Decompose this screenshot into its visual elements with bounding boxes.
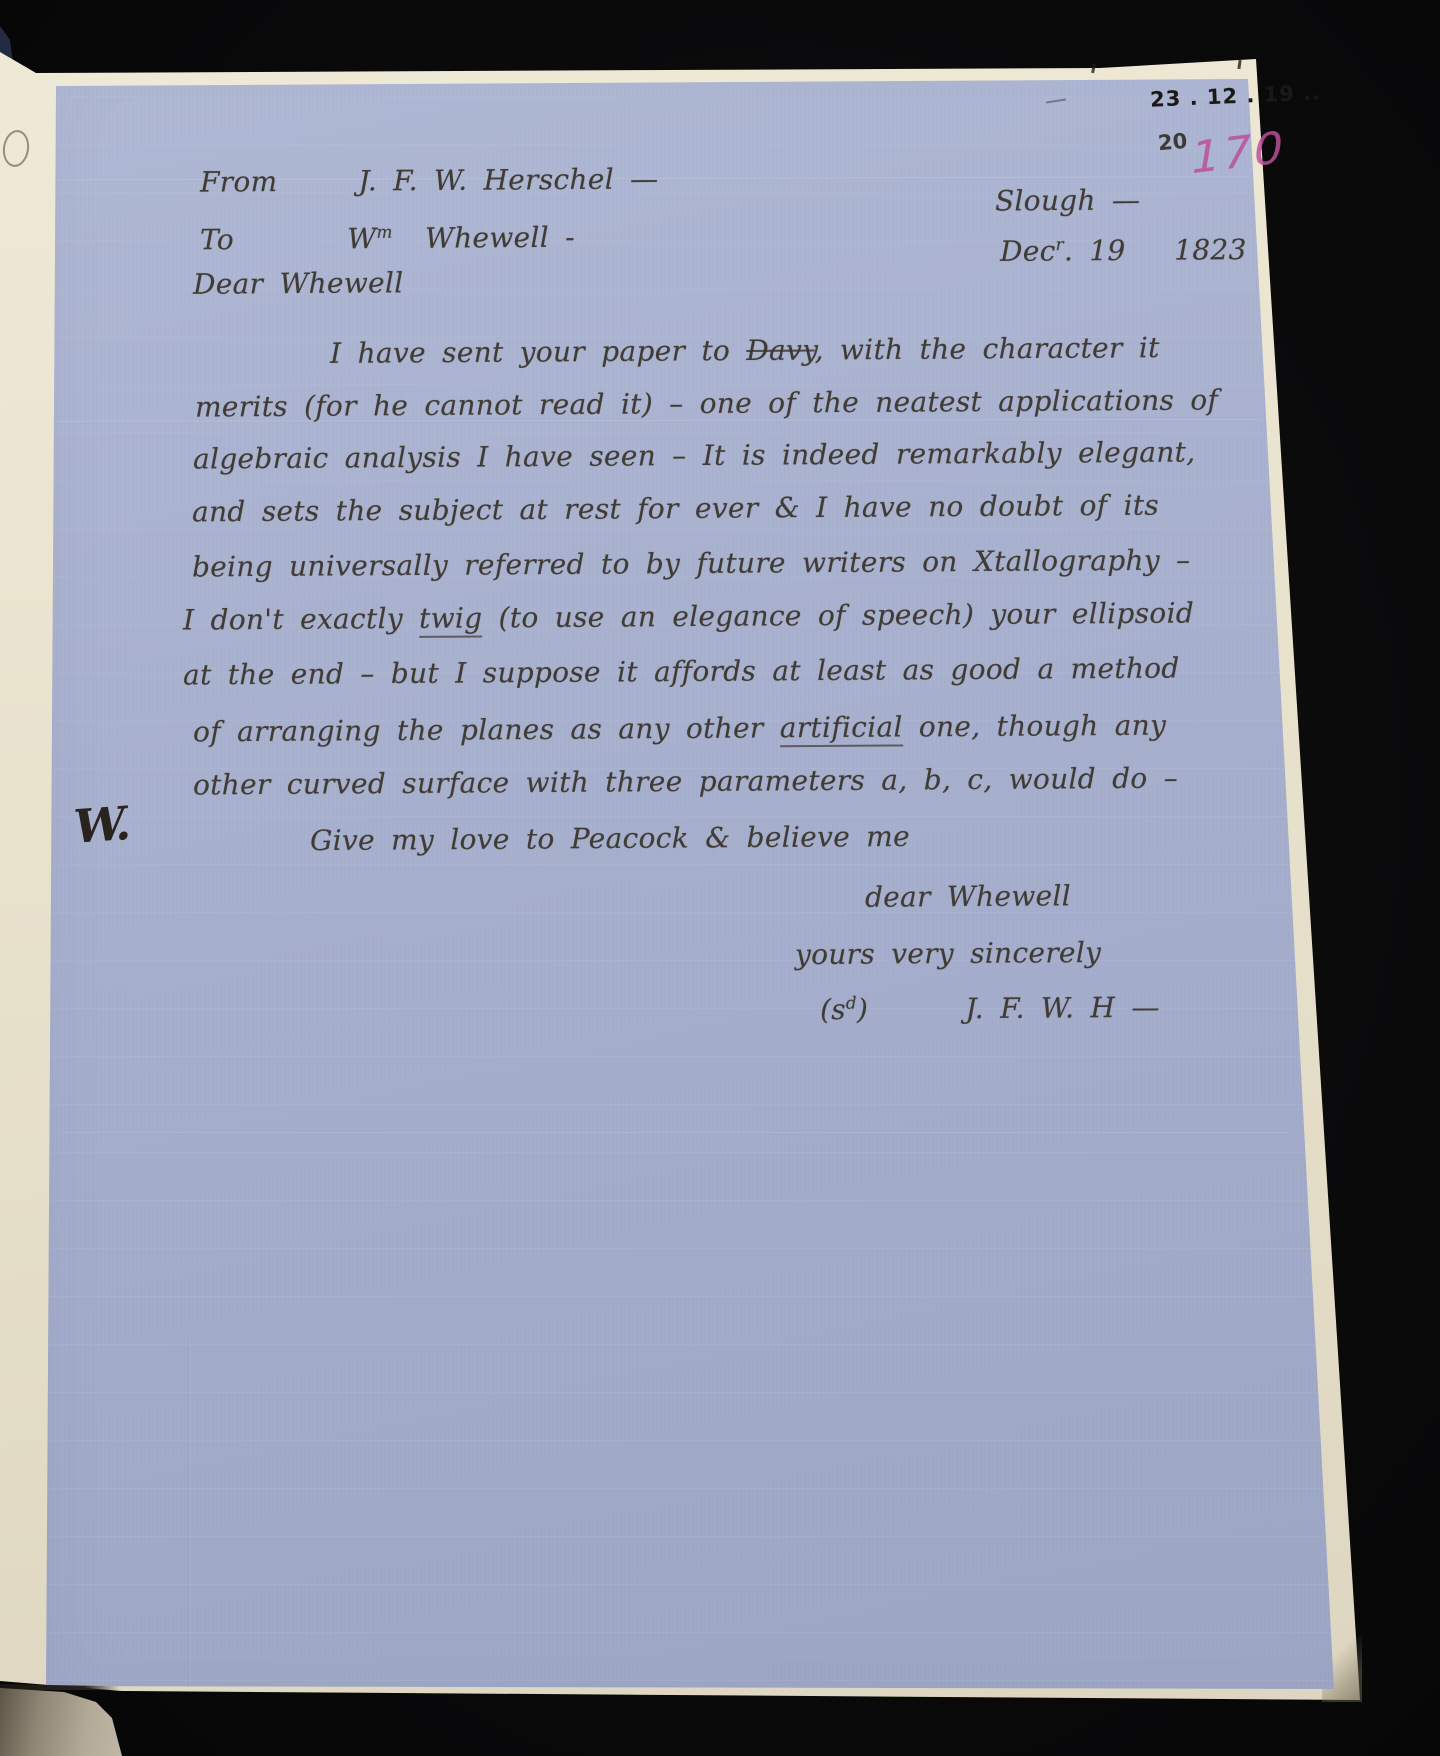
salutation-line: Dear Whewell	[193, 266, 404, 300]
body-line-5: being universally referred to by future …	[192, 544, 1191, 584]
place-line: Slough —	[995, 183, 1141, 217]
body-line-8: of arranging the planes as any other art…	[193, 709, 1166, 749]
body-line-10: Give my love to Peacock & believe me	[310, 820, 910, 857]
body-line-2: merits (for he cannot read it) – one of …	[195, 383, 1218, 423]
closing-line-1: dear Whewell	[865, 879, 1071, 913]
from-line: From J. F. W. Herschel —	[200, 162, 659, 198]
scan-backdrop: 23 . 12 . 19 .. 20 170 W. From J. F. W. …	[0, 0, 1440, 1756]
to-line: To Wm Whewell -	[200, 221, 575, 257]
closing-line-2: yours very sincerely	[795, 936, 1101, 971]
body-line-6: I don't exactly twig (to use an elegance…	[183, 596, 1194, 636]
letter-lines: From J. F. W. Herschel —To Wm Whewell -D…	[0, 0, 1440, 1756]
body-line-4: and sets the subject at rest for ever & …	[192, 489, 1159, 529]
body-line-9: other curved surface with three paramete…	[193, 762, 1178, 802]
signature-line: (sd) J. F. W. H —	[820, 991, 1160, 1026]
body-line-1: I have sent your paper to Davy, with the…	[330, 331, 1160, 370]
body-line-3: algebraic analysis I have seen – It is i…	[193, 436, 1196, 476]
date-line: Decr. 19 1823	[1000, 233, 1247, 268]
body-line-7: at the end – but I suppose it affords at…	[183, 652, 1180, 692]
